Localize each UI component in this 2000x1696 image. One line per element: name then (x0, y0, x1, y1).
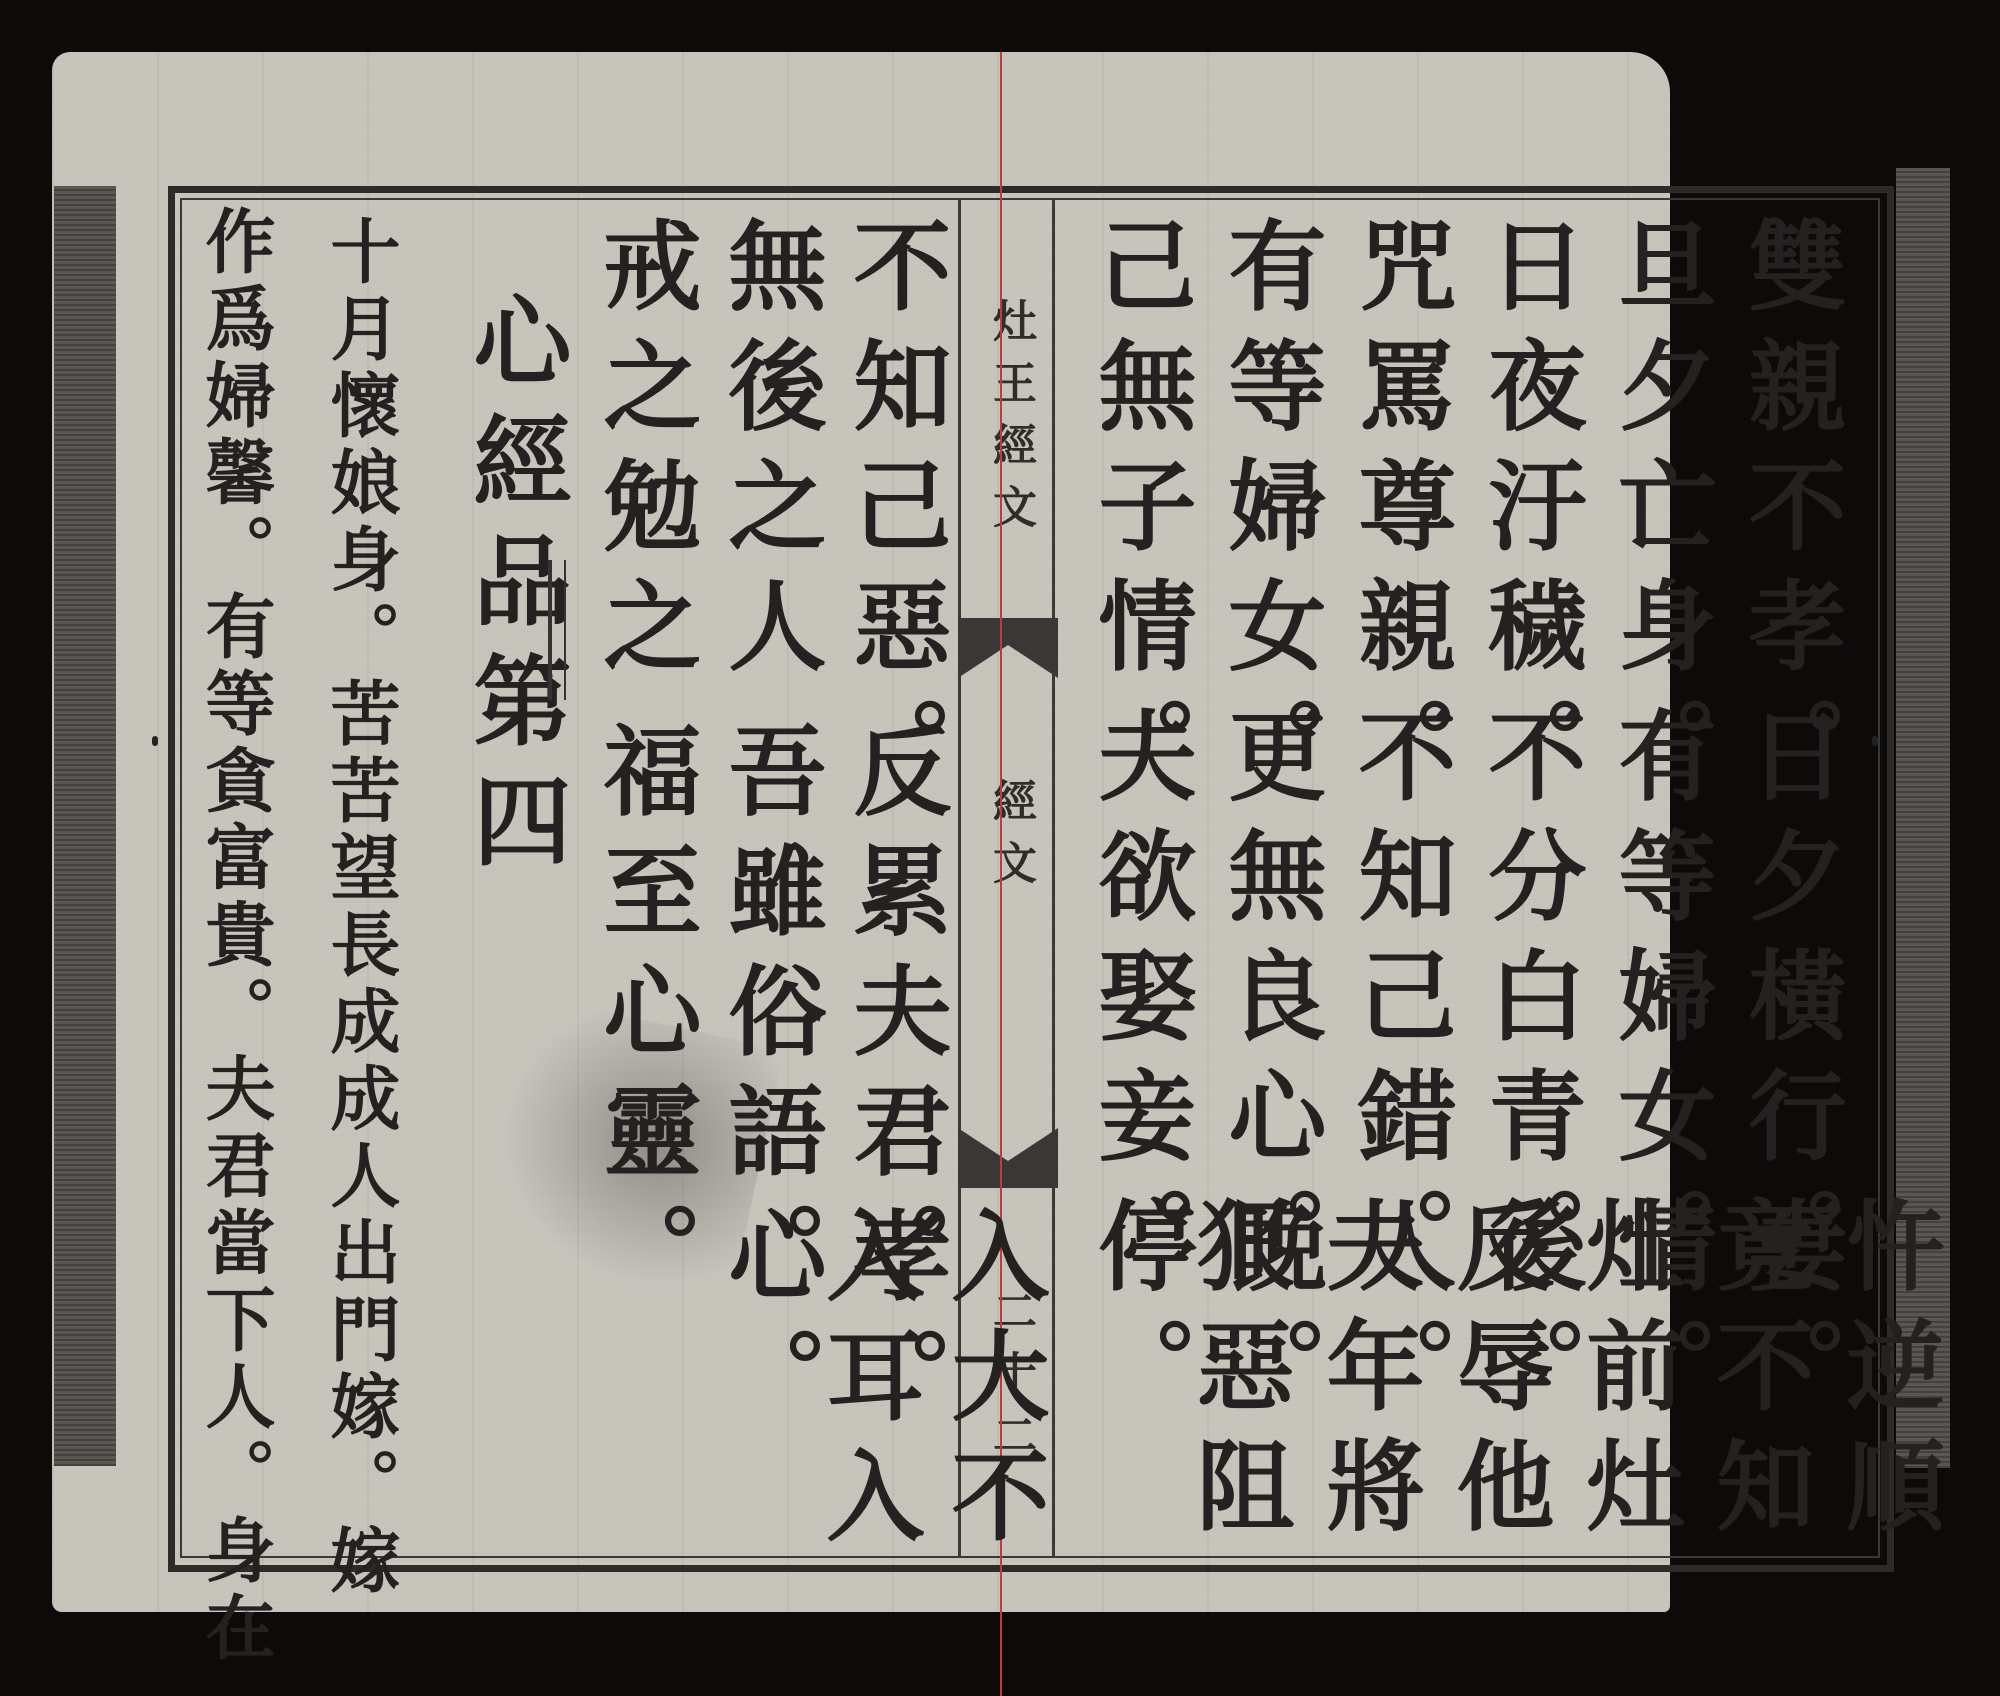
gutter-rule-right (1052, 198, 1055, 1558)
left-body-col-1: 十月懷娘身。苦苦望長成成人出門嫁。嫁 (325, 215, 395, 1601)
margin-ink-dot (152, 736, 158, 746)
gutter-title: 灶王經文 (988, 298, 1032, 546)
left-upper-col-2: 無後之人 (720, 215, 818, 695)
left-upper-col-3: 戒之勉之 (595, 215, 693, 695)
left-lower-col-2: 入耳入心。 (720, 1205, 916, 1696)
margin-ink-dot (1872, 736, 1878, 746)
gutter-section-label: 經文 (988, 778, 1032, 902)
right-lower-col-6: 狠惡阻停。 (1090, 1195, 1286, 1696)
left-body-col-2: 作爲婦馨。有等貪富貴。夫君當下人。身在 (200, 205, 270, 1668)
chapter-heading-bracket (548, 560, 566, 700)
left-middle-col-3: 福至心靈。 (595, 720, 693, 1320)
fishtail-mark-bottom (958, 1128, 1058, 1188)
fishtail-mark-top (958, 618, 1058, 678)
left-edge-ink-shade (54, 186, 116, 1466)
